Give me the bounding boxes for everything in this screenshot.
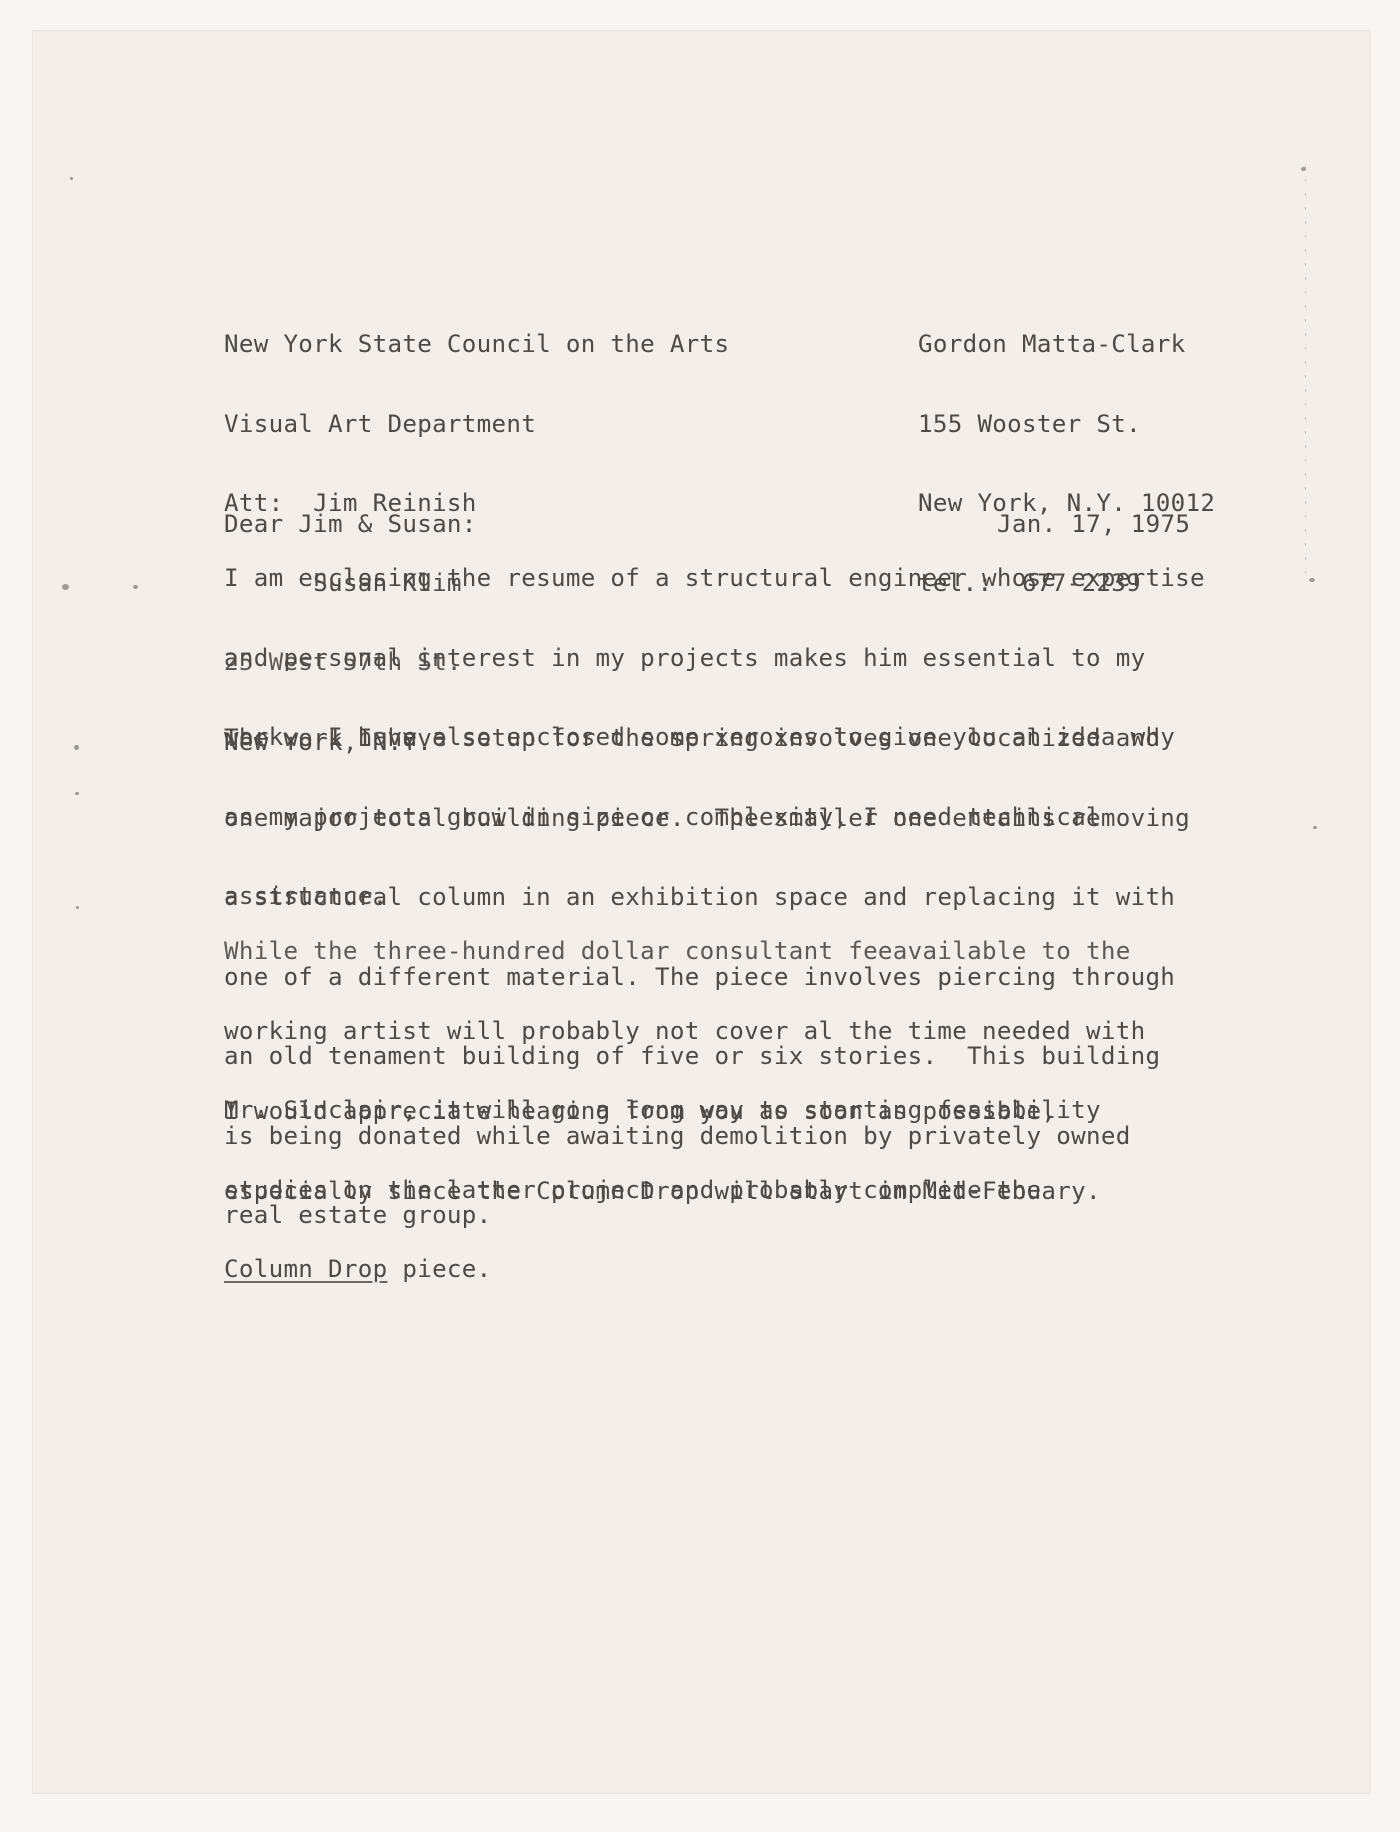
body-line-rest: piece. (387, 1255, 491, 1283)
sender-line: Gordon Matta-Clark (918, 331, 1215, 358)
sender-line: 155 Wooster St. (918, 411, 1215, 438)
body-line: especially since the Column Drop will st… (224, 1178, 1304, 1205)
body-line: one major total building piece. The smal… (224, 805, 1304, 832)
margin-speck (1301, 167, 1306, 171)
body-line: working artist will probably not cover a… (224, 1018, 1304, 1045)
recipient-line: New York State Council on the Arts (224, 331, 729, 358)
body-line: and personal interest in my projects mak… (224, 645, 1304, 672)
margin-speck (74, 745, 79, 750)
margin-speck (76, 906, 79, 909)
margin-marks (1305, 165, 1306, 585)
body-line-final: Column Drop piece. (224, 1256, 1304, 1283)
margin-speck (70, 177, 73, 180)
body-line: I am enclosing the resume of a structura… (224, 565, 1304, 592)
body-line: I would appreciate hearing from you as s… (224, 1098, 1304, 1125)
body-line: While the three-hundred dollar consultan… (224, 938, 1304, 965)
underlined-title: Column Drop (224, 1255, 387, 1283)
recipient-line: Visual Art Department (224, 411, 729, 438)
body-paragraph-4: I would appreciate hearing from you as s… (224, 1045, 1304, 1231)
margin-speck (1313, 826, 1317, 829)
margin-speck (62, 584, 69, 590)
margin-speck (1309, 578, 1315, 582)
margin-speck (75, 792, 79, 795)
body-line: The work I have setup for the spring inv… (224, 725, 1304, 752)
margin-speck (133, 585, 138, 589)
